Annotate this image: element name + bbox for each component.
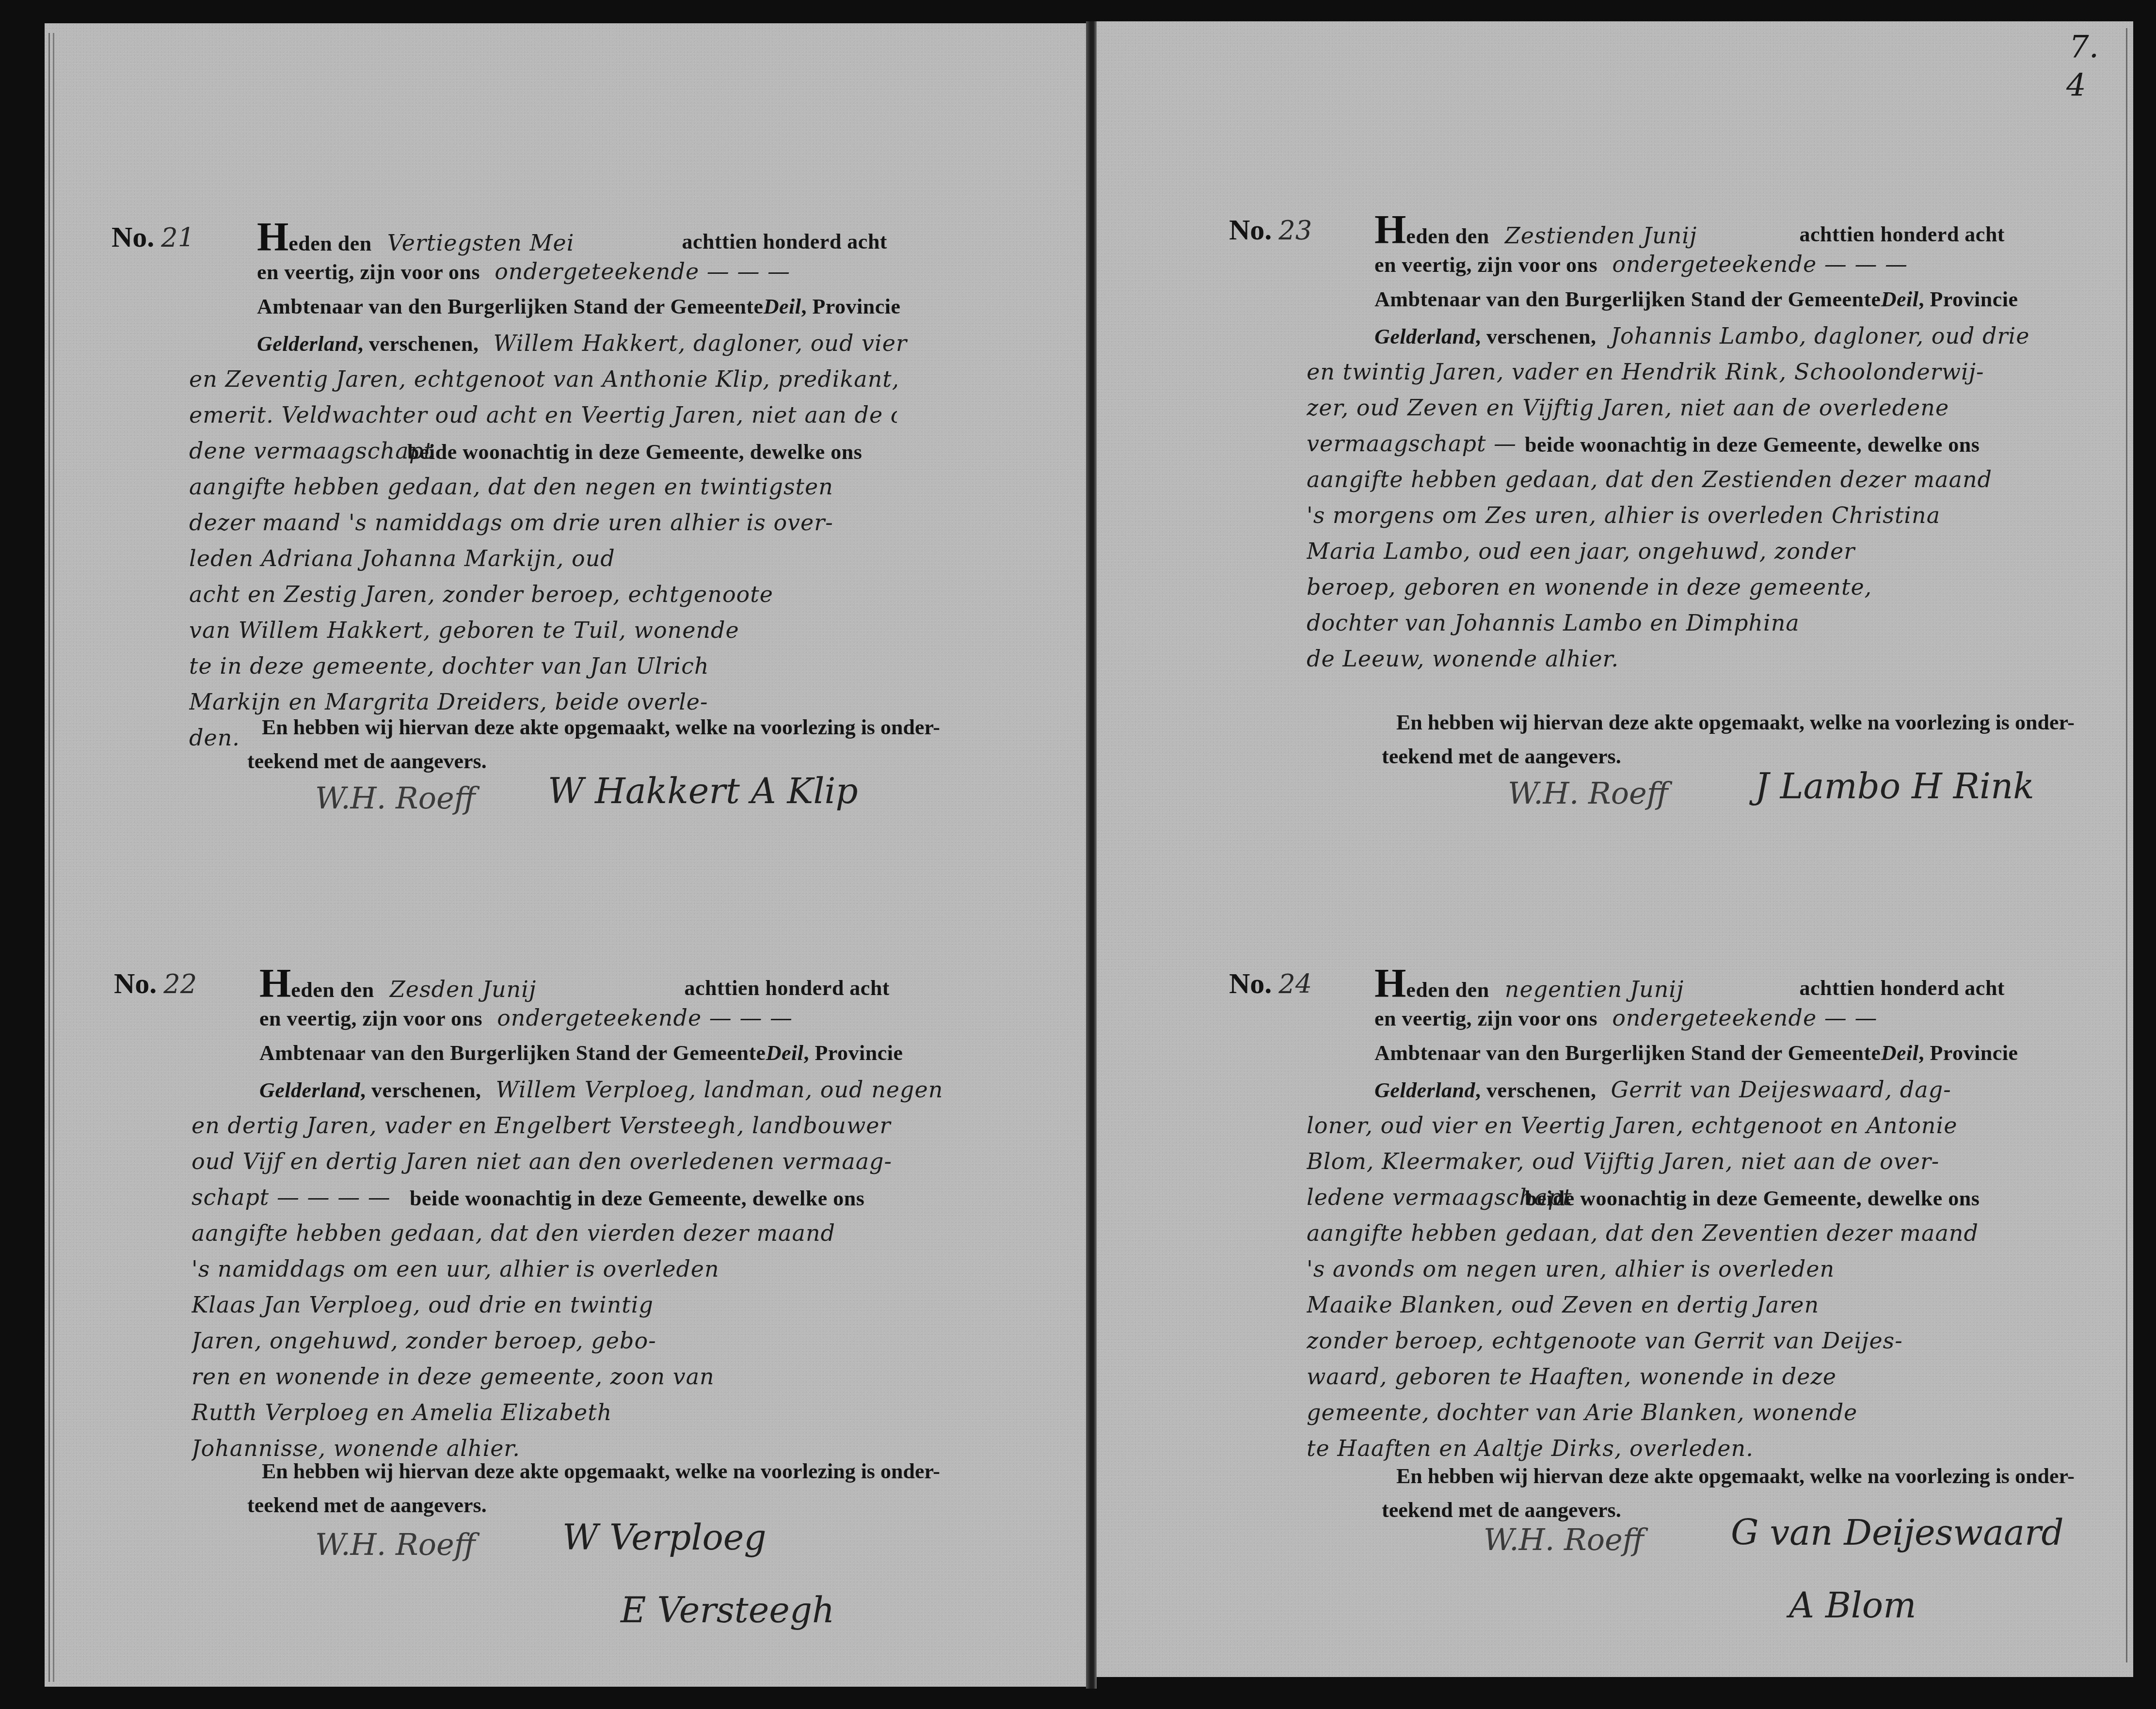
closing-statement-line2: teekend met de aangevers. — [247, 749, 487, 774]
handwritten-line: aangifte hebben gedaan, dat den negen en… — [189, 474, 897, 500]
printed-beide-woonachtig: beide woonachtig in deze Gemeente, dewel… — [1525, 1186, 1980, 1211]
entry-number: 22 — [163, 969, 197, 999]
handwritten-line: Klaas Jan Verploeg, oud drie en twintig — [192, 1292, 899, 1318]
printed-beide-woonachtig: beide woonachtig in deze Gemeente, dewel… — [407, 440, 862, 464]
line-official: en veertig, zijn voor ons ondergeteekend… — [1374, 251, 1908, 287]
line-date: Heden den negentien Junij achttien honde… — [1374, 967, 2005, 1003]
handwritten-line: acht en Zestig Jaren, zonder beroep, ech… — [189, 581, 897, 607]
signature-declarant-2: A Blom — [1789, 1585, 1916, 1626]
handwritten-date: Zestienden Junij — [1505, 222, 1697, 249]
folio-number-top: 7. — [2069, 29, 2099, 65]
handwritten-line: zer, oud Zeven en Vijftig Jaren, niet aa… — [1307, 395, 2014, 421]
handwritten-line: te in deze gemeente, dochter van Jan Ulr… — [189, 653, 897, 679]
dropcap-letter: H — [1374, 961, 1406, 1006]
entry-number-label: No.24 — [1229, 967, 1312, 1000]
dropcap-letter: H — [257, 215, 288, 260]
printed-line2: en veertig, zijn voor ons — [257, 260, 480, 284]
municipality-name: Deil — [766, 1041, 804, 1065]
handwritten-line: en Zeventig Jaren, echtgenoot van Anthon… — [189, 366, 897, 392]
handwritten-line: 's namiddags om een uur, alhier is overl… — [192, 1256, 899, 1282]
line-ambtenaar: Ambtenaar van den Burgerlijken Stand der… — [257, 294, 887, 330]
handwritten-line: dochter van Johannis Lambo en Dimphina — [1307, 610, 2014, 636]
line-ambtenaar: Ambtenaar van den Burgerlijken Stand der… — [1374, 1041, 2005, 1076]
printed-line3: Ambtenaar van den Burgerlijken Stand der… — [1374, 287, 1881, 323]
handwritten-line: de Leeuw, wonende alhier. — [1307, 646, 2014, 672]
municipality-name: Deil — [1881, 1041, 1919, 1065]
signature-declarants: W Verploeg — [562, 1517, 766, 1558]
handwritten-line: Blom, Kleermaker, oud Vijftig Jaren, nie… — [1307, 1148, 2014, 1174]
printed-line2: en veertig, zijn voor ons — [1374, 1007, 1597, 1030]
handwritten-line: Markijn en Margrita Dreiders, beide over… — [189, 689, 897, 715]
printed-line3: Ambtenaar van den Burgerlijken Stand der… — [259, 1041, 766, 1076]
entry-number: 24 — [1278, 969, 1312, 999]
closing-statement-line2: teekend met de aangevers. — [1382, 1498, 1621, 1522]
line-date: Heden den Zesden Junij achttien honderd … — [259, 967, 890, 1003]
handwritten-line: 's avonds om negen uren, alhier is overl… — [1307, 1256, 2014, 1282]
printed-line2: en veertig, zijn voor ons — [259, 1007, 482, 1030]
handwritten-line: 's morgens om Zes uren, alhier is overle… — [1307, 502, 2014, 528]
entry-number-label: No.23 — [1229, 213, 1312, 247]
handwritten-line: beroep, geboren en wonende in deze gemee… — [1307, 574, 2014, 600]
province-name: Gelderland — [257, 332, 358, 356]
page-edge-line — [48, 33, 54, 1682]
handwritten-line: gemeente, dochter van Arie Blanken, wone… — [1307, 1399, 2014, 1425]
signature-registrar: W.H. Roeff — [1484, 1522, 1644, 1557]
municipality-name: Deil — [764, 295, 801, 318]
handwritten-line: aangifte hebben gedaan, dat den vierden … — [192, 1220, 899, 1246]
printed-heden-den: eden den — [1406, 224, 1489, 248]
printed-year-part: achttien honderd acht — [682, 229, 887, 254]
page-edge-line — [2126, 28, 2127, 1662]
closing-statement-line2: teekend met de aangevers. — [247, 1493, 487, 1518]
handwritten-declarants: Willem Hakkert, dagloner, oud vier — [494, 330, 907, 356]
folio-number-bottom: 4 — [2066, 68, 2086, 104]
handwritten-line: emerit. Veldwachter oud acht en Veertig … — [189, 402, 897, 428]
closing-statement-line1: En hebben wij hiervan deze akte opgemaak… — [262, 715, 940, 740]
handwritten-declarants: Gerrit van Deijeswaard, dag- — [1611, 1076, 1951, 1103]
line-official: en veertig, zijn voor ons ondergeteekend… — [259, 1005, 793, 1041]
municipality-name: Deil — [1881, 287, 1919, 311]
entry-number: 23 — [1278, 215, 1312, 246]
printed-heden-den: eden den — [288, 232, 371, 255]
handwritten-line: dezer maand 's namiddags om drie uren al… — [189, 509, 897, 536]
handwritten-line: loner, oud vier en Veertig Jaren, echtge… — [1307, 1112, 2014, 1139]
signature-registrar: W.H. Roeff — [315, 780, 476, 816]
line-verschenen: Gelderland, verschenen, Willem Verploeg,… — [259, 1076, 943, 1112]
handwritten-declarants: Johannis Lambo, dagloner, oud drie — [1611, 323, 2030, 349]
closing-statement-line1: En hebben wij hiervan deze akte opgemaak… — [262, 1459, 940, 1484]
signature-declarants: W Hakkert A Klip — [548, 771, 858, 811]
handwritten-official: ondergeteekende — — — — [497, 1005, 793, 1031]
province-name: Gelderland — [259, 1078, 360, 1102]
line-verschenen: Gelderland, verschenen, Willem Hakkert, … — [257, 330, 907, 366]
printed-line3: Ambtenaar van den Burgerlijken Stand der… — [1374, 1041, 1881, 1076]
signature-registrar: W.H. Roeff — [1508, 775, 1668, 811]
line-official: en veertig, zijn voor ons ondergeteekend… — [257, 258, 790, 294]
printed-line3: Ambtenaar van den Burgerlijken Stand der… — [257, 294, 764, 330]
entry-number-label: No.22 — [114, 967, 197, 1000]
handwritten-date: Zesden Junij — [390, 976, 536, 1002]
printed-heden-den: eden den — [1406, 978, 1489, 1002]
printed-year-part: achttien honderd acht — [1799, 222, 2005, 247]
printed-beide-woonachtig: beide woonachtig in deze Gemeente, dewel… — [410, 1186, 864, 1211]
handwritten-line: en dertig Jaren, vader en Engelbert Vers… — [192, 1112, 899, 1139]
line-date: Heden den Vertiegsten Mei achttien honde… — [257, 221, 887, 256]
handwritten-line: aangifte hebben gedaan, dat den Zestiend… — [1307, 466, 2014, 492]
line-ambtenaar: Ambtenaar van den Burgerlijken Stand der… — [1374, 287, 2005, 323]
dropcap-letter: H — [1374, 207, 1406, 253]
handwritten-official: ondergeteekende — — — — [495, 258, 790, 285]
printed-line2: en veertig, zijn voor ons — [1374, 253, 1597, 277]
line-date: Heden den Zestienden Junij achttien hond… — [1374, 213, 2005, 249]
line-verschenen: Gelderland, verschenen, Gerrit van Deije… — [1374, 1076, 1951, 1112]
handwritten-date: negentien Junij — [1505, 976, 1684, 1002]
handwritten-line: van Willem Hakkert, geboren te Tuil, won… — [189, 617, 897, 643]
handwritten-declarants: Willem Verploeg, landman, oud negen — [496, 1076, 943, 1103]
handwritten-line: aangifte hebben gedaan, dat den Zeventie… — [1307, 1220, 2014, 1246]
handwritten-line: Maaike Blanken, oud Zeven en dertig Jare… — [1307, 1292, 2014, 1318]
signature-declarants: J Lambo H Rink — [1755, 766, 2034, 807]
entry-number: 21 — [161, 222, 194, 253]
handwritten-line: waard, geboren te Haaften, wonende in de… — [1307, 1363, 2014, 1390]
handwritten-line: Maria Lambo, oud een jaar, ongehuwd, zon… — [1307, 538, 2014, 564]
handwritten-line: zonder beroep, echtgenoote van Gerrit va… — [1307, 1328, 2014, 1354]
signature-declarants: G van Deijeswaard — [1731, 1512, 2064, 1553]
handwritten-line: Johannisse, wonende alhier. — [192, 1435, 899, 1461]
printed-beide-woonachtig: beide woonachtig in deze Gemeente, dewel… — [1525, 432, 1980, 457]
handwritten-line: Rutth Verploeg en Amelia Elizabeth — [192, 1399, 899, 1425]
province-name: Gelderland — [1374, 325, 1475, 348]
line-verschenen: Gelderland, verschenen, Johannis Lambo, … — [1374, 323, 2029, 359]
book-gutter — [1086, 21, 1097, 1689]
handwritten-official: ondergeteekende — — — [1612, 1005, 1877, 1031]
printed-year-part: achttien honderd acht — [1799, 976, 2005, 1000]
handwritten-line: en twintig Jaren, vader en Hendrik Rink,… — [1307, 359, 2014, 385]
dropcap-letter: H — [259, 961, 291, 1006]
handwritten-line: te Haaften en Aaltje Dirks, overleden. — [1307, 1435, 2014, 1461]
handwritten-date: Vertiegsten Mei — [387, 230, 575, 256]
closing-statement-line1: En hebben wij hiervan deze akte opgemaak… — [1396, 1464, 2075, 1488]
province-name: Gelderland — [1374, 1078, 1475, 1102]
signature-declarant-2: E Versteegh — [621, 1590, 834, 1630]
handwritten-line: oud Vijf en dertig Jaren niet aan den ov… — [192, 1148, 899, 1174]
printed-year-part: achttien honderd acht — [684, 976, 890, 1000]
closing-statement-line2: teekend met de aangevers. — [1382, 744, 1621, 769]
entry-number-label: No.21 — [112, 221, 194, 254]
printed-heden-den: eden den — [291, 978, 374, 1002]
signature-registrar: W.H. Roeff — [315, 1527, 476, 1562]
handwritten-line: ren en wonende in deze gemeente, zoon va… — [192, 1363, 899, 1390]
handwritten-official: ondergeteekende — — — — [1612, 251, 1908, 277]
closing-statement-line1: En hebben wij hiervan deze akte opgemaak… — [1396, 710, 2075, 735]
handwritten-line: leden Adriana Johanna Markijn, oud — [189, 545, 897, 571]
line-ambtenaar: Ambtenaar van den Burgerlijken Stand der… — [259, 1041, 890, 1076]
handwritten-line: Jaren, ongehuwd, zonder beroep, gebo- — [192, 1328, 899, 1354]
line-official: en veertig, zijn voor ons ondergeteekend… — [1374, 1005, 1877, 1041]
